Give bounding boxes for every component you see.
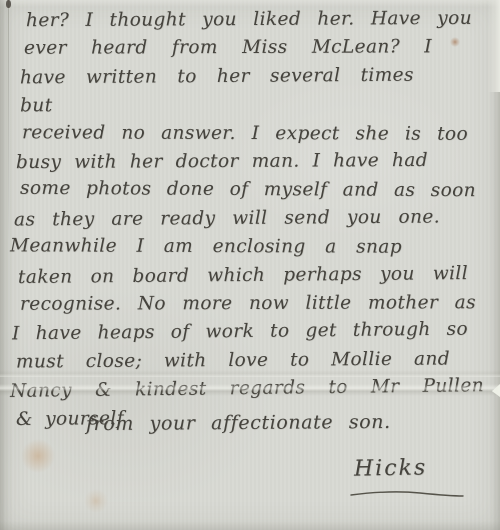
letter-line: Nancy & kindest regards to Mr Pullen [10,372,484,406]
letter-line: taken on board which perhaps you will [18,260,468,292]
letter-line: her? I thought you liked her. Have you [26,5,472,36]
letter-line: received no answer. I expect she is too [22,119,468,149]
signature: Hicks [354,455,428,481]
signature-underline [350,489,464,499]
left-edge-crease [8,0,9,240]
letter-line: as they are ready will send you one. [14,203,440,234]
letter-line: busy with her doctor man. I have had [16,147,428,178]
top-left-ink-mark [6,0,11,8]
letter-line: have written to her several times but [20,61,414,121]
letter-body: her? I thought you liked her. Have you e… [24,6,476,432]
letter-line: I have heaps of work to get through so [12,316,468,349]
letter-line: recognise. No more now little mother as [20,289,476,319]
letter-line: some photos done of myself and as soon [20,175,476,206]
right-edge-highlight [488,0,500,92]
letter-line: ever heard from Miss McLean? I [24,34,432,64]
letter-closing: from your affectionate son. [86,411,391,435]
letter-paper: her? I thought you liked her. Have you e… [0,0,500,530]
paper-tear-right-edge [491,384,500,397]
letter-line: Meanwhile I am enclosing a snap [10,233,402,263]
letter-line: must close; with love to Mollie and [16,345,450,376]
